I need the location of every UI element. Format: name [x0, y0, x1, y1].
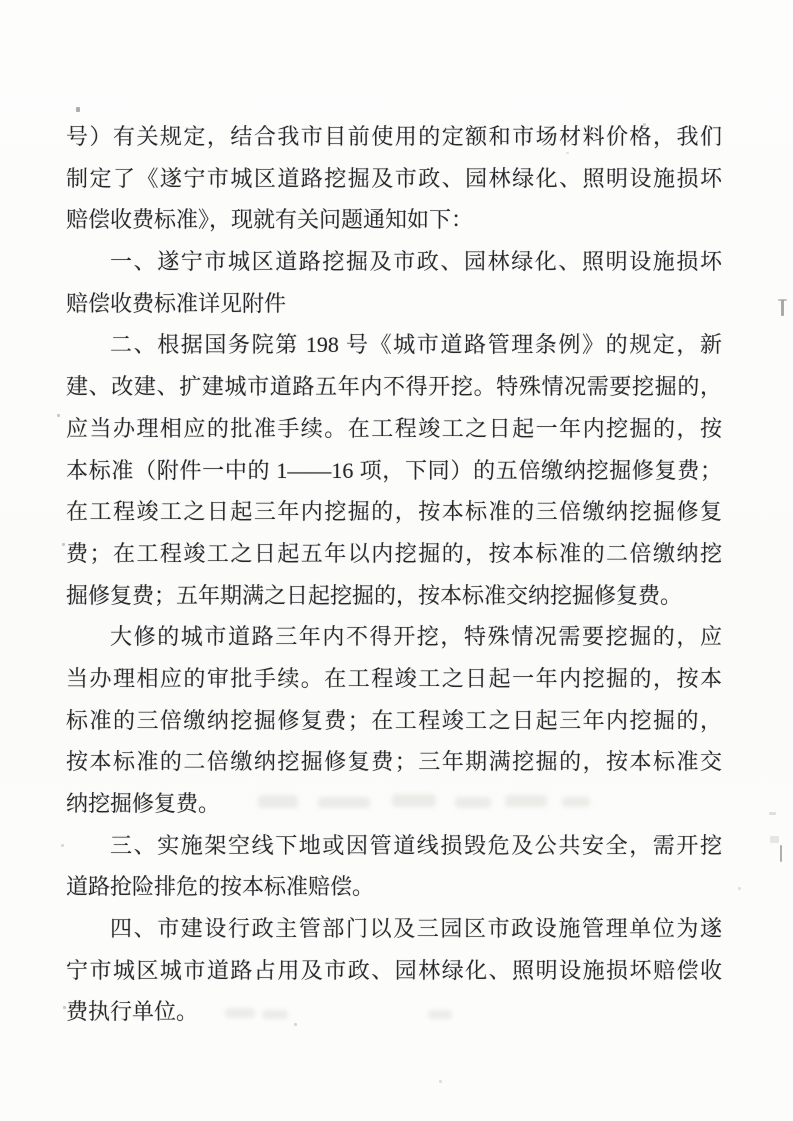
document-line: 按本标准的二倍缴纳挖掘修复费；三年期满挖掘的，按本标准交	[66, 741, 722, 783]
document-text: 号）有关规定，结合我市目前使用的定额和市场材料价格，我们制定了《遂宁市城区道路挖…	[66, 116, 722, 1033]
document-line: 应当办理相应的批准手续。在工程竣工之日起一年内挖掘的，按	[66, 408, 722, 450]
document-line: 标准的三倍缴纳挖掘修复费；在工程竣工之日起三年内挖掘的，	[66, 700, 722, 742]
document-line: 掘修复费；五年期满之日起挖掘的，按本标准交纳挖掘修复费。	[66, 575, 722, 617]
document-line: 一、遂宁市城区道路挖掘及市政、园林绿化、照明设施损坏	[66, 241, 722, 283]
document-line: 在工程竣工之日起三年内挖掘的，按本标准的三倍缴纳挖掘修复	[66, 491, 722, 533]
scan-speck	[76, 107, 80, 112]
document-line: 号）有关规定，结合我市目前使用的定额和市场材料价格，我们	[66, 116, 722, 158]
document-line: 宁市城区城市道路占用及市政、园林绿化、照明设施损坏赔偿收	[66, 950, 722, 992]
scan-speck	[780, 845, 782, 862]
document-line: 赔偿收费标准》，现就有关问题通知如下：	[66, 199, 722, 241]
document-line: 赔偿收费标准详见附件	[66, 283, 722, 325]
document-line: 大修的城市道路三年内不得开挖，特殊情况需要挖掘的，应	[66, 616, 722, 658]
document-line: 本标准（附件一中的 1——16 项，下同）的五倍缴纳挖掘修复费；	[66, 450, 722, 492]
document-line: 费执行单位。	[66, 991, 722, 1033]
document-line: 四、市建设行政主管部门以及三园区市政设施管理单位为遂	[66, 908, 722, 950]
scan-speck	[781, 300, 784, 316]
scan-speck	[738, 887, 741, 890]
document-line: 二、根据国务院第 198 号《城市道路管理条例》的规定，新	[66, 324, 722, 366]
document-line: 纳挖掘修复费。	[66, 783, 722, 825]
scan-speck	[439, 1080, 442, 1083]
scanned-document-page: 号）有关规定，结合我市目前使用的定额和市场材料价格，我们制定了《遂宁市城区道路挖…	[0, 0, 793, 1121]
document-line: 当办理相应的审批手续。在工程竣工之日起一年内挖掘的，按本	[66, 658, 722, 700]
document-line: 道路抢险排危的按本标准赔偿。	[66, 866, 722, 908]
scan-speck	[778, 299, 787, 301]
scan-speck	[770, 836, 779, 843]
document-line: 三、实施架空线下地或因管道线损毁危及公共安全，需开挖	[66, 825, 722, 867]
scan-speck	[769, 812, 776, 815]
document-line: 建、改建、扩建城市道路五年内不得开挖。特殊情况需要挖掘的，	[66, 366, 722, 408]
scan-speck	[57, 414, 60, 417]
scan-speck	[61, 844, 64, 847]
scan-speck	[62, 543, 65, 546]
document-line: 费；在工程竣工之日起五年以内挖掘的，按本标准的二倍缴纳挖	[66, 533, 722, 575]
document-line: 制定了《遂宁市城区道路挖掘及市政、园林绿化、照明设施损坏	[66, 158, 722, 200]
